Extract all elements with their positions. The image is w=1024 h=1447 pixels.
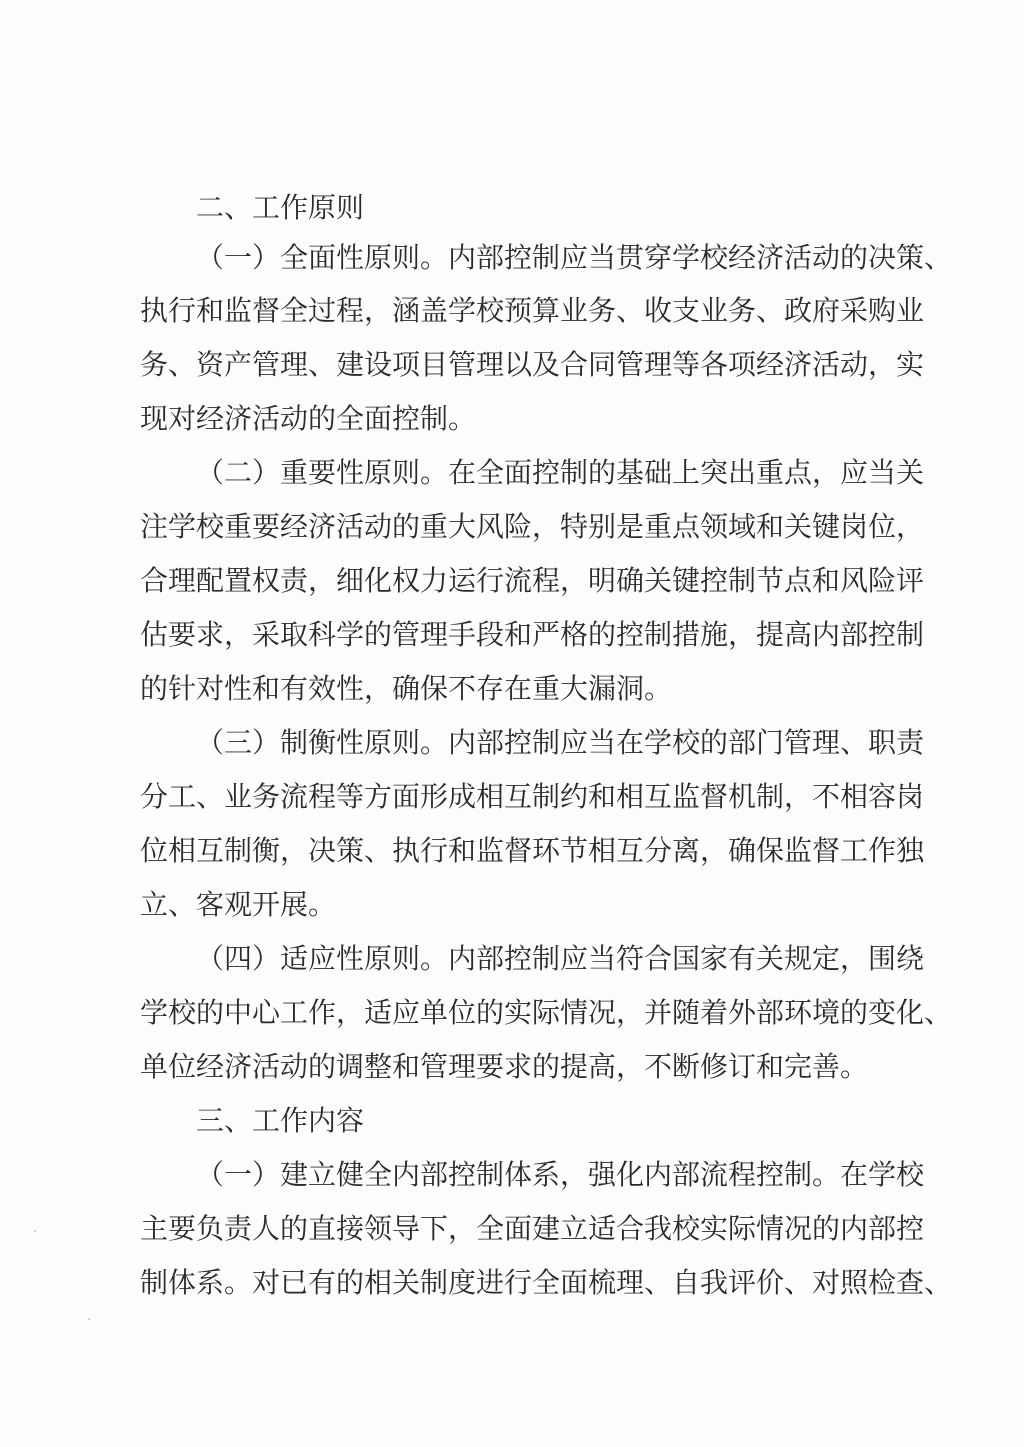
paragraph-line: 现对经济活动的全面控制。 (140, 399, 900, 439)
scan-speck (88, 1318, 90, 1320)
paragraph-line: （二）重要性原则。在全面控制的基础上突出重点，应当关 (196, 453, 900, 493)
paragraph-line: 主要负责人的直接领导下，全面建立适合我校实际情况的内部控 (140, 1209, 900, 1249)
paragraph-line: 估要求，采取科学的管理手段和严格的控制措施，提高内部控制 (140, 615, 900, 655)
paragraph-line: 务、资产管理、建设项目管理以及合同管理等各项经济活动，实 (140, 345, 900, 385)
paragraph-line: 立、客观开展。 (140, 885, 900, 925)
paragraph-line: 学校的中心工作，适应单位的实际情况，并随着外部环境的变化、 (140, 993, 900, 1033)
paragraph-line: 制体系。对已有的相关制度进行全面梳理、自我评价、对照检查、 (140, 1263, 900, 1303)
document-page: 二、工作原则 （一）全面性原则。内部控制应当贯穿学校经济活动的决策、 执行和监督… (0, 0, 1024, 1447)
paragraph-line: 位相互制衡，决策、执行和监督环节相互分离，确保监督工作独 (140, 831, 900, 871)
paragraph-line: （四）适应性原则。内部控制应当符合国家有关规定，围绕 (196, 939, 900, 979)
paragraph-line: （三）制衡性原则。内部控制应当在学校的部门管理、职责 (196, 723, 900, 763)
paragraph-line: 合理配置权责，细化权力运行流程，明确关键控制节点和风险评 (140, 561, 900, 601)
paragraph-line: 执行和监督全过程，涵盖学校预算业务、收支业务、政府采购业 (140, 291, 900, 331)
paragraph-line: 分工、业务流程等方面形成相互制约和相互监督机制，不相容岗 (140, 777, 900, 817)
paragraph-line: （一）建立健全内部控制体系，强化内部流程控制。在学校 (196, 1155, 900, 1195)
paragraph-line: 的针对性和有效性，确保不存在重大漏洞。 (140, 669, 900, 709)
paragraph-line: 单位经济活动的调整和管理要求的提高，不断修订和完善。 (140, 1047, 900, 1087)
paragraph-line: 注学校重要经济活动的重大风险，特别是重点领域和关键岗位， (140, 507, 900, 547)
paragraph-line: （一）全面性原则。内部控制应当贯穿学校经济活动的决策、 (196, 238, 900, 278)
section-heading-content: 三、工作内容 (196, 1101, 900, 1141)
scan-speck (34, 1230, 36, 1232)
section-heading-principles: 二、工作原则 (196, 188, 900, 228)
